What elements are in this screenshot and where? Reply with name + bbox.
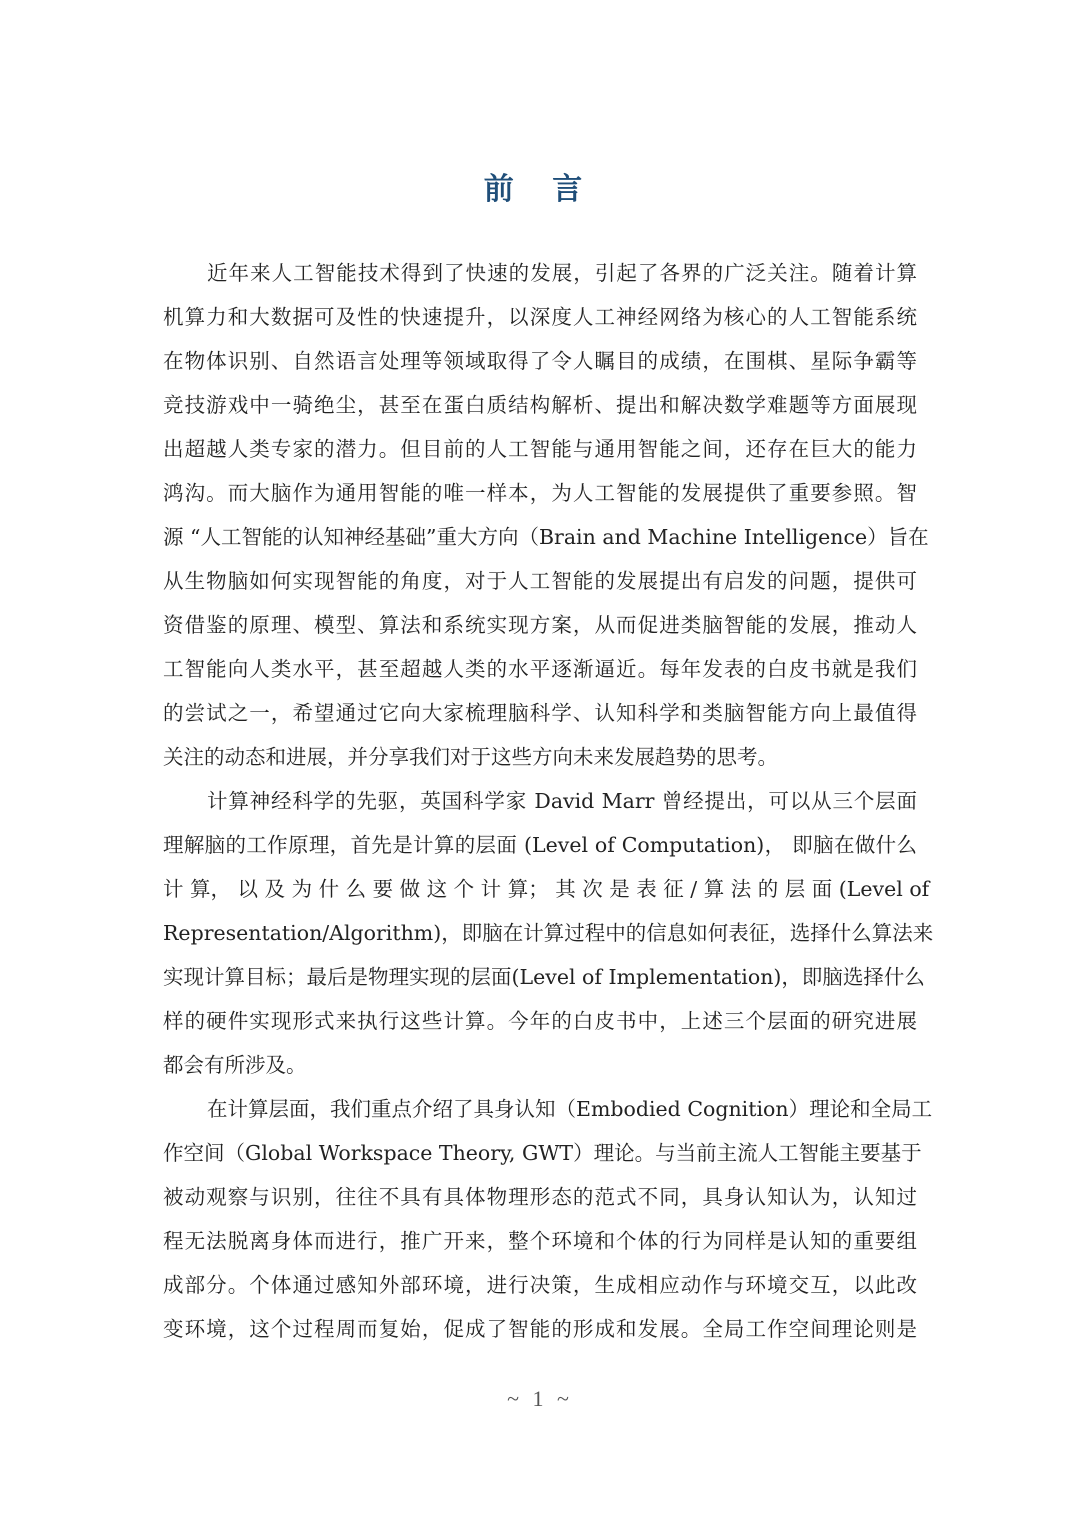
- text-line: 变环境，这个过程周而复始，促成了智能的形成和发展。全局工作空间理论则是: [163, 1307, 917, 1351]
- text-line: 竞技游戏中一骑绝尘，甚至在蛋白质结构解析、提出和解决数学难题等方面展现: [163, 383, 917, 427]
- text-line: Representation/Algorithm)，即脑在计算过程中的信息如何表…: [163, 911, 917, 955]
- text-line: 作空间（Global Workspace Theory, GWT）理论。与当前主…: [163, 1131, 917, 1175]
- text-line: 在计算层面，我们重点介绍了具身认知（Embodied Cognition）理论和…: [163, 1087, 917, 1131]
- text-line: 被动观察与识别，往往不具有具体物理形态的范式不同，具身认知认为，认知过: [163, 1175, 917, 1219]
- text-line: 出超越人类专家的潜力。但目前的人工智能与通用智能之间，还存在巨大的能力: [163, 427, 917, 471]
- text-line: 关注的动态和进展，并分享我们对于这些方向未来发展趋势的思考。: [163, 735, 917, 779]
- text-line: 在物体识别、自然语言处理等领域取得了令人瞩目的成绩，在围棋、星际争霸等: [163, 339, 917, 383]
- text-line: 鸿沟。而大脑作为通用智能的唯一样本，为人工智能的发展提供了重要参照。智: [163, 471, 917, 515]
- text-line: 实现计算目标；最后是物理实现的层面(Level of Implementatio…: [163, 955, 917, 999]
- text-line: 源 “人工智能的认知神经基础”重大方向（Brain and Machine In…: [163, 515, 917, 559]
- body-text: 近年来人工智能技术得到了快速的发展，引起了各界的广泛关注。随着计算 机算力和大数…: [163, 251, 917, 1351]
- text-line: 程无法脱离身体而进行，推广开来，整个环境和个体的行为同样是认知的重要组: [163, 1219, 917, 1263]
- paragraph-3: 在计算层面，我们重点介绍了具身认知（Embodied Cognition）理论和…: [163, 1087, 917, 1351]
- page-number: ~ 1 ~: [0, 1386, 1080, 1412]
- text-line: 资借鉴的原理、模型、算法和系统实现方案，从而促进类脑智能的发展，推动人: [163, 603, 917, 647]
- text-line: 成部分。个体通过感知外部环境，进行决策，生成相应动作与环境交互，以此改: [163, 1263, 917, 1307]
- paragraph-2: 计算神经科学的先驱，英国科学家 David Marr 曾经提出，可以从三个层面 …: [163, 779, 917, 1087]
- text-line: 从生物脑如何实现智能的角度，对于人工智能的发展提出有启发的问题，提供可: [163, 559, 917, 603]
- text-line: 的尝试之一，希望通过它向大家梳理脑科学、认知科学和类脑智能方向上最值得: [163, 691, 917, 735]
- paragraph-1: 近年来人工智能技术得到了快速的发展，引起了各界的广泛关注。随着计算 机算力和大数…: [163, 251, 917, 779]
- text-line: 计 算， 以 及 为 什 么 要 做 这 个 计 算； 其 次 是 表 征 / …: [163, 867, 917, 911]
- text-line: 理解脑的工作原理，首先是计算的层面 (Level of Computation)…: [163, 823, 917, 867]
- text-line: 都会有所涉及。: [163, 1043, 917, 1087]
- text-line: 样的硬件实现形式来执行这些计算。今年的白皮书中，上述三个层面的研究进展: [163, 999, 917, 1043]
- text-line: 工智能向人类水平，甚至超越人类的水平逐渐逼近。每年发表的白皮书就是我们: [163, 647, 917, 691]
- text-line: 机算力和大数据可及性的快速提升，以深度人工神经网络为核心的人工智能系统: [163, 295, 917, 339]
- text-line: 计算神经科学的先驱，英国科学家 David Marr 曾经提出，可以从三个层面: [163, 779, 917, 823]
- document-page: 前 言 近年来人工智能技术得到了快速的发展，引起了各界的广泛关注。随着计算 机算…: [0, 0, 1080, 1527]
- page-title: 前 言: [0, 170, 1080, 210]
- text-line: 近年来人工智能技术得到了快速的发展，引起了各界的广泛关注。随着计算: [163, 251, 917, 295]
